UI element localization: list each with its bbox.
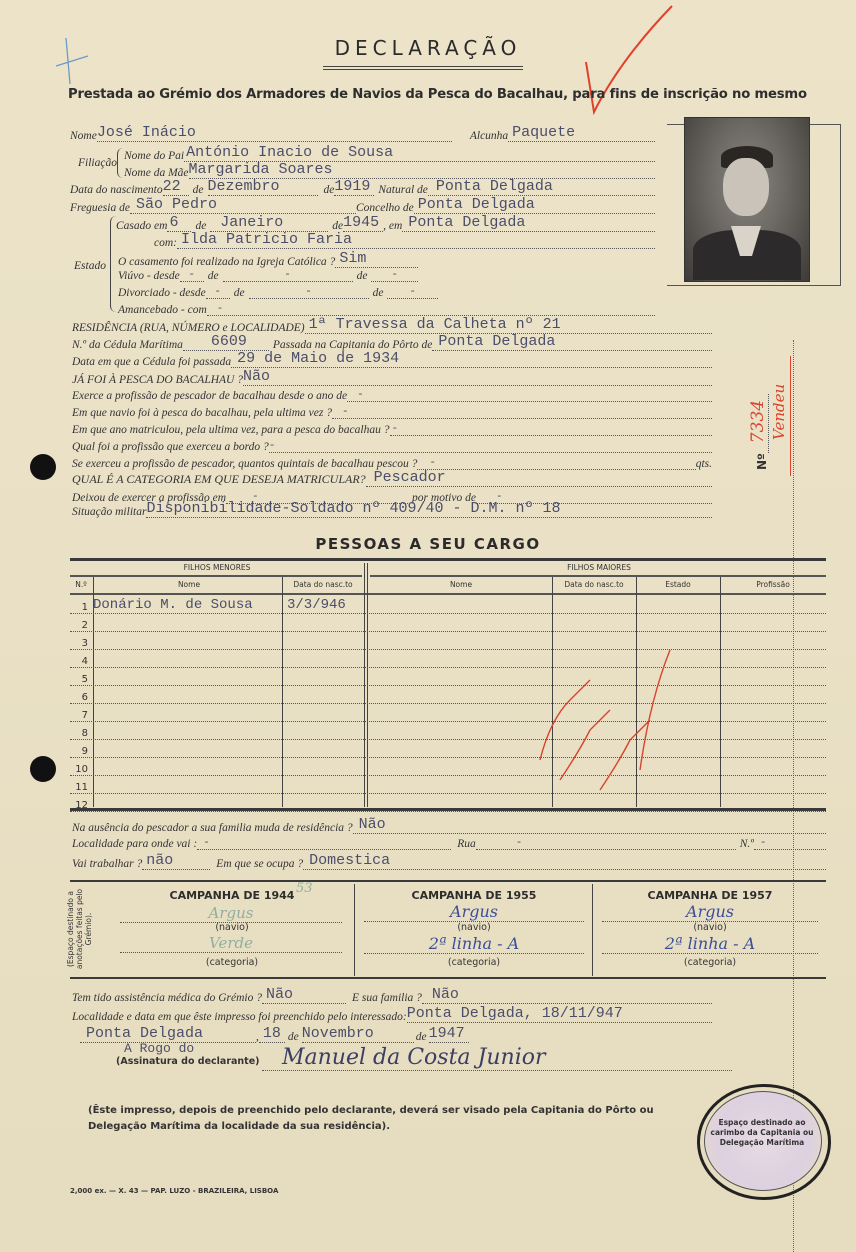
portrait-photo — [684, 117, 810, 282]
cedula-field[interactable]: 6609 — [183, 333, 269, 351]
document-subtitle: Prestada ao Grémio dos Armadores de Navi… — [68, 87, 807, 102]
col-estado-header: Estado — [636, 580, 720, 589]
col-divider — [354, 884, 355, 976]
trabalhar-row: Vai trabalhar ? não Em que se ocupa ? Do… — [72, 852, 826, 870]
filiacao-label: Filiação — [78, 157, 117, 169]
mes-field[interactable]: Novembro — [302, 1025, 414, 1043]
desde-ano-field[interactable]: - — [347, 389, 712, 402]
campaign-2-categoria[interactable]: 2ª linha - A — [364, 934, 584, 954]
table-row: 9 — [70, 740, 826, 758]
numero-field[interactable]: - — [754, 837, 826, 850]
ocupa-label: Em que se ocupa ? — [216, 858, 303, 870]
localidade-field[interactable]: - — [197, 837, 451, 850]
red-check-mark — [580, 0, 680, 120]
profissao-bordo-field[interactable]: - — [269, 440, 712, 453]
table-row: 5 — [70, 668, 826, 686]
table-row: 10 — [70, 758, 826, 776]
de-label: de — [373, 287, 384, 299]
alcunha-field[interactable]: Paquete — [508, 124, 655, 142]
row-number: 5 — [70, 674, 88, 685]
col-data-maior-header: Data do nasc.to — [552, 580, 636, 589]
viuvo-row: Viúvo - desde - de - de - — [118, 266, 418, 282]
militar-row: Situação militar Disponibilidade-Soldado… — [72, 500, 712, 518]
row-number: 4 — [70, 656, 88, 667]
desde-ano-label: Exerce a profissão de pescador de bacalh… — [72, 390, 347, 402]
side-number-label: Nº — [755, 453, 769, 470]
table-top-rule — [70, 558, 826, 561]
rule — [70, 977, 826, 979]
campaign-3-categoria[interactable]: 2ª linha - A — [602, 934, 818, 954]
profissao-bordo-row: Qual foi a profissão que exerceu a bordo… — [72, 437, 712, 453]
filiacao-bracket — [117, 148, 124, 178]
data-cedula-row: Data em que a Cédula foi passada 29 de M… — [72, 350, 712, 368]
ano-matric-row: Em que ano matriculou, pela ultima vez, … — [72, 420, 712, 436]
assistencia-field[interactable]: Não — [262, 986, 346, 1004]
rule — [70, 880, 826, 882]
child-dob-cell[interactable]: 3/3/946 — [283, 597, 367, 613]
div-mes-field[interactable]: - — [249, 286, 369, 299]
table-row: 11 — [70, 776, 826, 794]
pai-row: Nome do Pai António Inacio de Sousa — [124, 144, 655, 162]
header-bottom-rule — [70, 593, 826, 595]
campaign-1-year-note: 53 — [296, 881, 313, 896]
campaign-1-categoria[interactable]: Verde — [120, 934, 342, 953]
categoria-label: (categoria) — [112, 957, 352, 968]
child-name-cell[interactable]: Donário M. de Sousa — [88, 597, 283, 613]
categoria-label: (categoria) — [356, 957, 592, 968]
row-number: 7 — [70, 710, 88, 721]
categoria-field[interactable]: Pescador — [366, 469, 712, 487]
table-row: 8 — [70, 722, 826, 740]
nome-label: Nome — [70, 130, 97, 142]
col-profissao-header: Profissão — [720, 580, 826, 589]
menores-header: FILHOS MENORES — [72, 563, 362, 572]
divorciado-row: Divorciado - desde - de - de - — [118, 283, 438, 299]
table-row: 6 — [70, 686, 826, 704]
desde-ano-row: Exerce a profissão de pescador de bacalh… — [72, 386, 712, 402]
categoria-label: QUAL É A CATEGORIA EM QUE DESEJA MATRICU… — [72, 472, 366, 487]
assistencia-row: Tem tido assistência médica do Grémio ? … — [72, 986, 712, 1004]
categoria-label: (categoria) — [594, 957, 826, 968]
signature-field[interactable]: Manuel da Costa Junior — [262, 1045, 732, 1071]
militar-field[interactable]: Disponibilidade-Soldado nº 409/40 - D.M.… — [146, 500, 712, 518]
natural-label: Natural de — [378, 184, 428, 196]
div-ano-field[interactable]: - — [387, 286, 438, 299]
familia-field[interactable]: Não — [422, 986, 712, 1004]
numero-label: N.º — [740, 838, 754, 850]
militar-label: Situação militar — [72, 506, 146, 518]
ja-foi-field[interactable]: Não — [243, 368, 712, 386]
red-line — [790, 356, 791, 476]
table-bottom-rule — [70, 808, 826, 811]
concelho-field[interactable]: Ponta Delgada — [414, 196, 655, 214]
ausencia-field[interactable]: Não — [353, 816, 826, 834]
nome-field[interactable]: José Inácio — [97, 124, 452, 142]
punch-hole — [30, 756, 56, 782]
campaign-2-navio[interactable]: Argus — [364, 902, 584, 922]
table-row: 4 — [70, 650, 826, 668]
rua-label: Rua — [457, 838, 476, 850]
footer-note: (Êste impresso, depois de preenchido pel… — [88, 1103, 688, 1135]
ano-matric-label: Em que ano matriculou, pela ultima vez, … — [72, 424, 390, 436]
table-row: 2 — [70, 614, 826, 632]
nasc-ano-field[interactable]: 1919 — [334, 178, 374, 196]
casado-dia-field[interactable]: 6 — [167, 214, 191, 232]
freguesia-row: Freguesia de São Pedro Concelho de Ponta… — [70, 196, 655, 214]
nasc-dia-field[interactable]: 22 — [163, 178, 189, 196]
residencia-row: RESIDÊNCIA (RUA, NÚMERO e LOCALIDADE) 1ª… — [72, 316, 712, 334]
campaign-1-title: CAMPANHA DE 1944 — [112, 889, 352, 902]
de-label: de — [208, 270, 219, 282]
table-row: 1 Donário M. de Sousa 3/3/946 — [70, 596, 826, 614]
col-divider — [592, 884, 593, 976]
ausencia-label: Na ausência do pescador a sua familia mu… — [72, 822, 353, 834]
row-number: 1 — [70, 602, 88, 613]
de-label: de — [193, 184, 204, 196]
localidade-label: Localidade para onde vai : — [72, 838, 197, 850]
viuvo-label: Viúvo - desde — [118, 270, 180, 282]
ocupa-field[interactable]: Domestica — [303, 852, 826, 870]
rogo-text: A Rogo do — [124, 1041, 194, 1056]
row-number: 6 — [70, 692, 88, 703]
col-nome-maior-header: Nome — [370, 580, 552, 589]
navio-label: (navio) — [594, 922, 826, 933]
maiores-header: FILHOS MAIORES — [372, 563, 826, 572]
mae-row: Nome da Mãe Margarida Soares — [124, 161, 655, 179]
table-row: 3 — [70, 632, 826, 650]
punch-hole — [30, 454, 56, 480]
amancebado-field[interactable]: - — [207, 303, 655, 316]
viuvo-dia-field[interactable]: - — [180, 269, 204, 282]
printer-imprint: 2,000 ex. — X. 43 — PAP. LUZO - BRAZILEI… — [70, 1187, 278, 1195]
document-page: DECLARAÇÃO Prestada ao Grémio dos Armado… — [0, 0, 856, 1252]
local-data-label: Localidade e data em que êste impresso f… — [72, 1011, 407, 1023]
ausencia-row: Na ausência do pescador a sua familia mu… — [72, 816, 826, 834]
nome-row: Nome José Inácio Alcunha Paquete — [70, 124, 655, 142]
local-data-field[interactable]: Ponta Delgada, 18/11/947 — [407, 1005, 712, 1023]
red-handwritten-annotation — [530, 640, 690, 810]
title-underline — [323, 66, 523, 70]
local-data-row: Localidade e data em que êste impresso f… — [72, 1005, 712, 1023]
div-dia-field[interactable]: - — [206, 286, 230, 299]
localidade-row: Localidade para onde vai : - Rua - N.º - — [72, 834, 826, 850]
concelho-label: Concelho de — [356, 202, 414, 214]
amancebado-row: Amancebado - com - — [118, 300, 655, 316]
estado-label: Estado — [74, 260, 106, 272]
viuvo-ano-field[interactable]: - — [371, 269, 418, 282]
freguesia-field[interactable]: São Pedro — [130, 196, 356, 214]
nasc-mes-field[interactable]: Dezembro — [208, 178, 318, 196]
navio-label: Em que navio foi à pesca do bacalhau, pe… — [72, 407, 332, 419]
de-label: de — [288, 1031, 299, 1043]
de-label: de — [416, 1031, 427, 1043]
ano-matric-field[interactable]: - — [390, 423, 713, 436]
campaign-3-title: CAMPANHA DE 1957 — [594, 889, 826, 902]
com-label: com: — [154, 237, 177, 249]
nascimento-row: Data do nascimento 22 de Dezembro de 191… — [70, 178, 655, 196]
rule — [70, 575, 362, 577]
divorciado-label: Divorciado - desde — [118, 287, 206, 299]
campaign-3-navio[interactable]: Argus — [602, 902, 818, 922]
conjuge-row: com: Ilda Patricio Faria — [154, 231, 655, 249]
data-cedula-label: Data em que a Cédula foi passada — [72, 356, 231, 368]
de-label: de — [357, 270, 368, 282]
col-data-header: Data do nasc.to — [284, 580, 362, 589]
navio-label: (navio) — [112, 922, 352, 933]
navio-label: (navio) — [356, 922, 592, 933]
de-label: de — [234, 287, 245, 299]
ano-field[interactable]: 1947 — [429, 1025, 469, 1043]
table-row: 7 — [70, 704, 826, 722]
row-number: 9 — [70, 746, 88, 757]
nasc-label: Data do nascimento — [70, 184, 163, 196]
ja-foi-row: JÁ FOI À PESCA DO BACALHAU ? Não — [72, 368, 712, 386]
trabalhar-field[interactable]: não — [142, 852, 210, 870]
rule — [370, 575, 826, 577]
viuvo-mes-field[interactable]: - — [223, 269, 353, 282]
side-number: Nº 7334 — [748, 320, 769, 470]
stamp-text: Espaço destinado ao carimbo da Capitania… — [704, 1118, 820, 1148]
quintais-row: Se exerceu a profissão de pescador, quan… — [72, 454, 712, 470]
casado-local-field[interactable]: Ponta Delgada — [402, 214, 655, 232]
row-number: 10 — [70, 764, 88, 775]
assistencia-label: Tem tido assistência médica do Grémio ? — [72, 992, 262, 1004]
row-number: 2 — [70, 620, 88, 631]
cedula-row: N.º da Cédula Marítima 6609 Passada na C… — [72, 333, 712, 351]
row-number: 11 — [70, 782, 88, 793]
col-num-header: N.º — [70, 580, 92, 589]
dia-field[interactable]: 18 — [259, 1025, 285, 1043]
dependents-table: 1 Donário M. de Sousa 3/3/946 2 3 4 5 6 … — [70, 596, 826, 812]
freguesia-label: Freguesia de — [70, 202, 130, 214]
campaign-1-navio[interactable]: Argus — [120, 904, 342, 923]
row-number: 8 — [70, 728, 88, 739]
row-number: 3 — [70, 638, 88, 649]
pai-field[interactable]: António Inacio de Sousa — [184, 144, 655, 162]
col-nome-header: Nome — [94, 580, 284, 589]
trabalhar-label: Vai trabalhar ? — [72, 858, 142, 870]
casado-row: Casado em 6 de Janeiro de 1945 , em Pont… — [116, 214, 655, 232]
ja-foi-label: JÁ FOI À PESCA DO BACALHAU ? — [72, 374, 243, 386]
rua-field[interactable]: - — [476, 837, 736, 850]
side-number-value: 7334 — [748, 394, 769, 453]
residencia-field[interactable]: 1ª Travessa da Calheta nº 21 — [305, 316, 712, 334]
categoria-row: QUAL É A CATEGORIA EM QUE DESEJA MATRICU… — [72, 469, 712, 487]
amancebado-label: Amancebado - com — [118, 304, 207, 316]
casado-mes-field[interactable]: Janeiro — [210, 214, 328, 232]
natural-field[interactable]: Ponta Delgada — [428, 178, 655, 196]
alcunha-label: Alcunha — [470, 130, 508, 142]
assinatura-label: (Assinatura do declarante) — [116, 1056, 260, 1067]
document-title: DECLARAÇÃO — [0, 36, 856, 60]
conjuge-field[interactable]: Ilda Patricio Faria — [177, 231, 655, 249]
mae-field[interactable]: Margarida Soares — [189, 161, 655, 179]
capitania-field[interactable]: Ponta Delgada — [432, 333, 712, 351]
data-cedula-field[interactable]: 29 de Maio de 1934 — [231, 350, 712, 368]
familia-label: E sua familia ? — [352, 992, 422, 1004]
dependents-title: PESSOAS A SEU CARGO — [0, 535, 856, 553]
navio-row: Em que navio foi à pesca do bacalhau, pe… — [72, 403, 712, 419]
side-annotation: Vendeu — [770, 384, 788, 440]
campaign-2-title: CAMPANHA DE 1955 — [356, 889, 592, 902]
navio-field[interactable]: - — [332, 406, 712, 419]
profissao-bordo-label: Qual foi a profissão que exerceu a bordo… — [72, 441, 269, 453]
casado-ano-field[interactable]: 1945 — [343, 214, 383, 232]
de-label: de — [324, 184, 335, 196]
